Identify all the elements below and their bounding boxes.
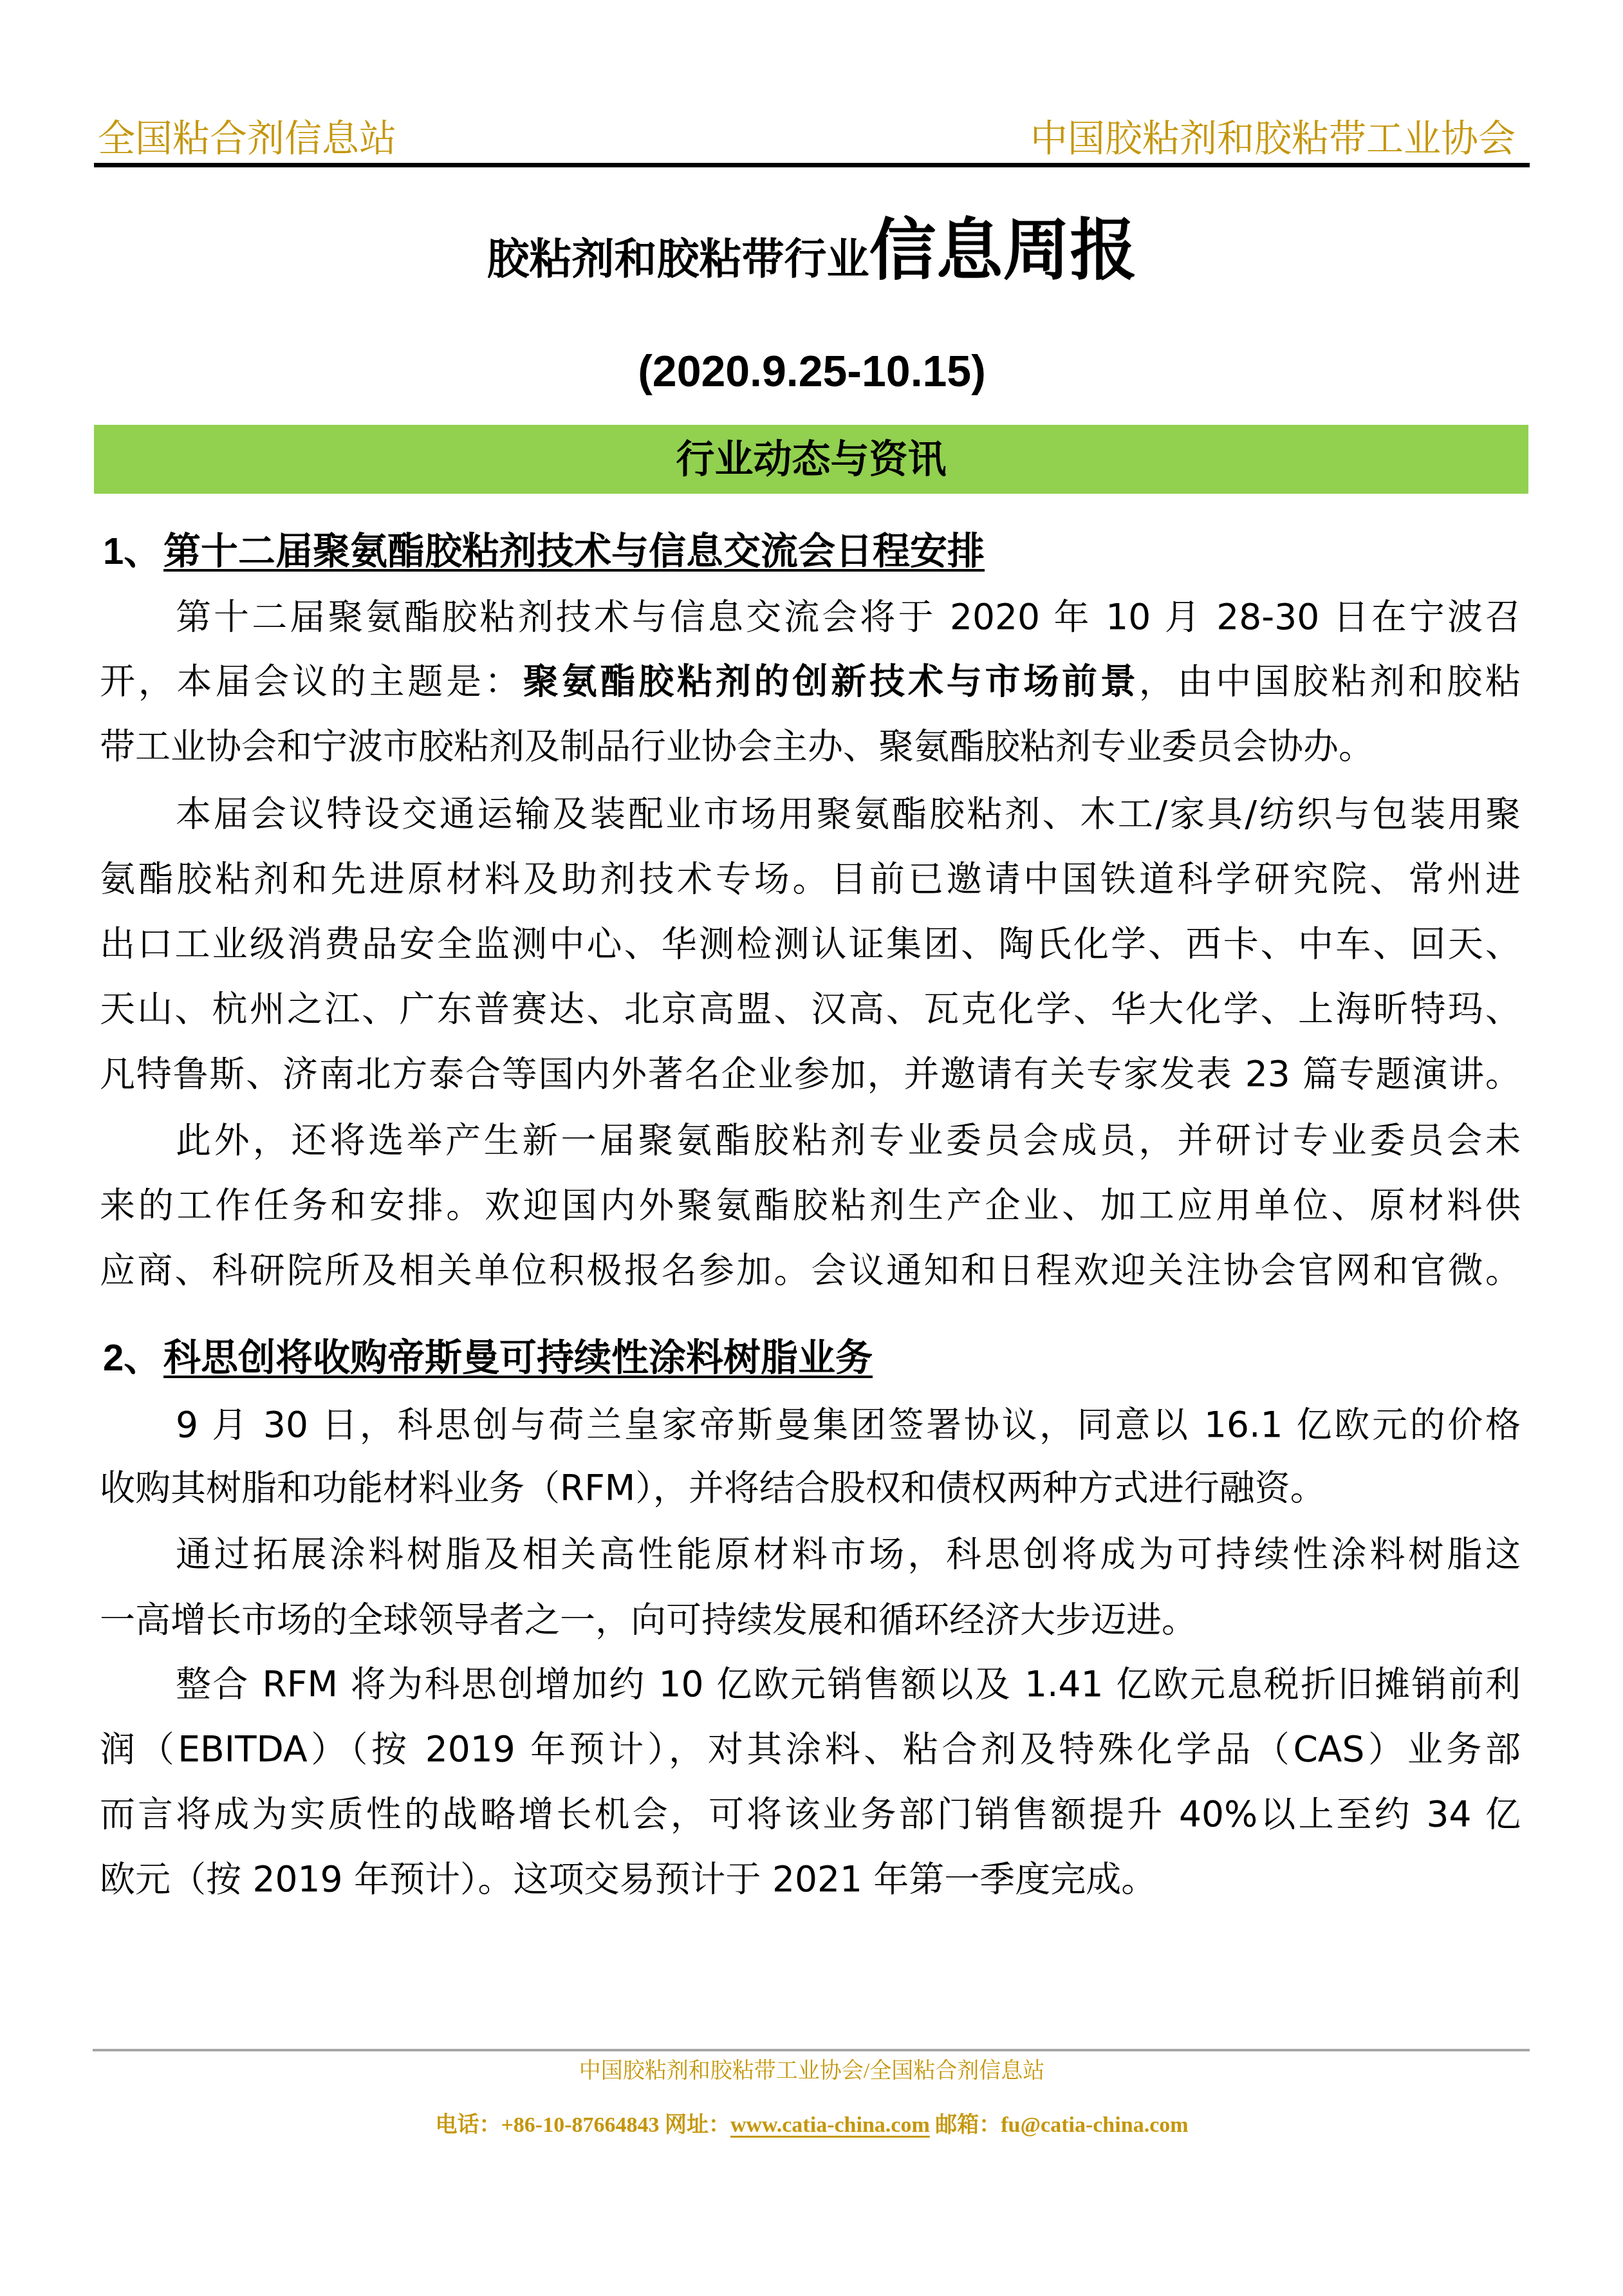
header-site-name: 全国粘合剂信息站 <box>98 116 396 161</box>
article-heading-2: 2、科思创将收购帝斯曼可持续性涂料树脂业务 <box>103 1336 873 1381</box>
text-segment: 9 月 30 日，科思创与荷兰皇家帝斯曼集团签署协议，同意以 16.1 亿欧元的… <box>176 1404 1521 1445</box>
paragraph-line: 第十二届聚氨酯胶粘剂技术与信息交流会将于 2020 年 10 月 28-30 日… <box>176 596 1521 637</box>
paragraph-line: 开，本届会议的主题是：聚氨酯胶粘剂的创新技术与市场前景，由中国胶粘剂和胶粘 <box>100 660 1521 702</box>
paragraph-line: 而言将成为实质性的战略增长机会，可将该业务部门销售额提升 40%以上至约 34 … <box>100 1793 1521 1834</box>
paragraph-line: 应商、科研院所及相关单位积极报名参加。会议通知和日程欢迎关注协会官网和官微。 <box>100 1249 1521 1291</box>
text-segment: 氨酯胶粘剂和先进原材料及助剂技术专场。目前已邀请中国铁道科学研究院、常州进 <box>100 858 1521 899</box>
paragraph-line: 润（EBITDA）（按 2019 年预计），对其涂料、粘合剂及特殊化学品（CAS… <box>100 1728 1521 1769</box>
bold-theme-text: 聚氨酯胶粘剂的创新技术与市场前景 <box>523 660 1139 702</box>
paragraph-line: 收购其树脂和功能材料业务（RFM），并将结合股权和债权两种方式进行融资。 <box>100 1467 1326 1508</box>
paragraph-line: 凡特鲁斯、济南北方泰合等国内外著名企业参加，并邀请有关专家发表 23 篇专题演讲… <box>100 1053 1521 1094</box>
text-segment: 一高增长市场的全球领导者之一，向可持续发展和循环经济大步迈进。 <box>100 1599 1197 1640</box>
text-segment: 通过拓展涂料树脂及相关高性能原材料市场，科思创将成为可持续性涂料树脂这 <box>176 1533 1521 1574</box>
paragraph-line: 本届会议特设交通运输及装配业市场用聚氨酯胶粘剂、木工/家具/纺织与包装用聚 <box>176 793 1521 834</box>
paragraph-line: 天山、杭州之江、广东普赛达、北京高盟、汉高、瓦克化学、华大化学、上海昕特玛、 <box>100 988 1521 1029</box>
website-label: 网址： <box>659 2113 730 2137</box>
text-segment: 凡特鲁斯、济南北方泰合等国内外著名企业参加，并邀请有关专家发表 23 篇专题演讲… <box>100 1053 1521 1094</box>
issue-date-range: (2020.9.25-10.15) <box>94 342 1530 400</box>
paragraph-line: 氨酯胶粘剂和先进原材料及助剂技术专场。目前已邀请中国铁道科学研究院、常州进 <box>100 858 1521 899</box>
email-label: 邮箱： <box>930 2113 1001 2137</box>
page-title: 胶粘剂和胶粘带行业信息周报 <box>94 212 1530 290</box>
text-segment: 欧元（按 2019 年预计）。这项交易预计于 2021 年第一季度完成。 <box>100 1858 1156 1899</box>
paragraph-line: 通过拓展涂料树脂及相关高性能原材料市场，科思创将成为可持续性涂料树脂这 <box>176 1533 1521 1574</box>
paragraph-line: 整合 RFM 将为科思创增加约 10 亿欧元销售额以及 1.41 亿欧元息税折旧… <box>176 1663 1521 1704</box>
email-address[interactable]: fu@catia-china.com <box>1001 2113 1188 2137</box>
text-segment: 天山、杭州之江、广东普赛达、北京高盟、汉高、瓦克化学、华大化学、上海昕特玛、 <box>100 988 1521 1029</box>
text-segment: ，由中国胶粘剂和胶粘 <box>1139 660 1521 702</box>
text-segment: 收购其树脂和功能材料业务（RFM），并将结合股权和债权两种方式进行融资。 <box>100 1467 1326 1508</box>
text-segment: 带工业协会和宁波市胶粘剂及制品行业协会主办、聚氨酯胶粘剂专业委员会协办。 <box>100 725 1374 767</box>
text-segment: 应商、科研院所及相关单位积极报名参加。会议通知和日程欢迎关注协会官网和官微。 <box>100 1249 1521 1291</box>
title-prefix: 胶粘剂和胶粘带行业 <box>487 235 869 283</box>
header-association-name: 中国胶粘剂和胶粘带工业协会 <box>1030 116 1516 161</box>
title-main: 信息周报 <box>869 214 1136 288</box>
phone-label: 电话： <box>435 2113 501 2137</box>
footer-organization: 中国胶粘剂和胶粘带工业协会/全国粘合剂信息站 <box>94 2057 1530 2086</box>
article-title: 科思创将收购帝斯曼可持续性涂料树脂业务 <box>163 1337 873 1379</box>
text-segment: 出口工业级消费品安全监测中心、华测检测认证集团、陶氏化学、西卡、中车、回天、 <box>100 923 1521 964</box>
paragraph-line: 带工业协会和宁波市胶粘剂及制品行业协会主办、聚氨酯胶粘剂专业委员会协办。 <box>100 725 1374 767</box>
paragraph-line: 出口工业级消费品安全监测中心、华测检测认证集团、陶氏化学、西卡、中车、回天、 <box>100 923 1521 964</box>
text-segment: 而言将成为实质性的战略增长机会，可将该业务部门销售额提升 40%以上至约 34 … <box>100 1793 1521 1834</box>
paragraph-line: 9 月 30 日，科思创与荷兰皇家帝斯曼集团签署协议，同意以 16.1 亿欧元的… <box>176 1404 1521 1445</box>
article-number: 2、 <box>103 1336 163 1381</box>
website-link[interactable]: www.catia-china.com <box>730 2113 930 2137</box>
paragraph-line: 一高增长市场的全球领导者之一，向可持续发展和循环经济大步迈进。 <box>100 1599 1197 1640</box>
text-segment: 开，本届会议的主题是： <box>100 660 523 702</box>
text-segment: 第十二届聚氨酯胶粘剂技术与信息交流会将于 2020 年 10 月 28-30 日… <box>176 596 1521 637</box>
footer-divider <box>93 2049 1530 2051</box>
article-heading-1: 1、第十二届聚氨酯胶粘剂技术与信息交流会日程安排 <box>103 529 985 574</box>
document-page: 全国粘合剂信息站 中国胶粘剂和胶粘带工业协会 胶粘剂和胶粘带行业信息周报 (20… <box>0 0 1623 2296</box>
section-banner: 行业动态与资讯 <box>94 425 1528 494</box>
text-segment: 润（EBITDA）（按 2019 年预计），对其涂料、粘合剂及特殊化学品（CAS… <box>100 1728 1521 1769</box>
article-title: 第十二届聚氨酯胶粘剂技术与信息交流会日程安排 <box>163 530 985 572</box>
text-segment: 来的工作任务和安排。欢迎国内外聚氨酯胶粘剂生产企业、加工应用单位、原材料供 <box>100 1184 1521 1226</box>
paragraph-line: 来的工作任务和安排。欢迎国内外聚氨酯胶粘剂生产企业、加工应用单位、原材料供 <box>100 1184 1521 1226</box>
text-segment: 本届会议特设交通运输及装配业市场用聚氨酯胶粘剂、木工/家具/纺织与包装用聚 <box>176 793 1521 834</box>
text-segment: 此外，还将选举产生新一届聚氨酯胶粘剂专业委员会成员，并研讨专业委员会未 <box>176 1119 1521 1161</box>
paragraph-line: 欧元（按 2019 年预计）。这项交易预计于 2021 年第一季度完成。 <box>100 1858 1156 1899</box>
phone-number: +86-10-87664843 <box>501 2113 659 2137</box>
footer-contact: 电话：+86-10-87664843 网址：www.catia-china.co… <box>94 2111 1530 2140</box>
header-divider <box>94 163 1530 167</box>
text-segment: 整合 RFM 将为科思创增加约 10 亿欧元销售额以及 1.41 亿欧元息税折旧… <box>176 1663 1521 1704</box>
paragraph-line: 此外，还将选举产生新一届聚氨酯胶粘剂专业委员会成员，并研讨专业委员会未 <box>176 1119 1521 1161</box>
section-banner-label: 行业动态与资讯 <box>676 425 947 494</box>
article-number: 1、 <box>103 529 163 574</box>
